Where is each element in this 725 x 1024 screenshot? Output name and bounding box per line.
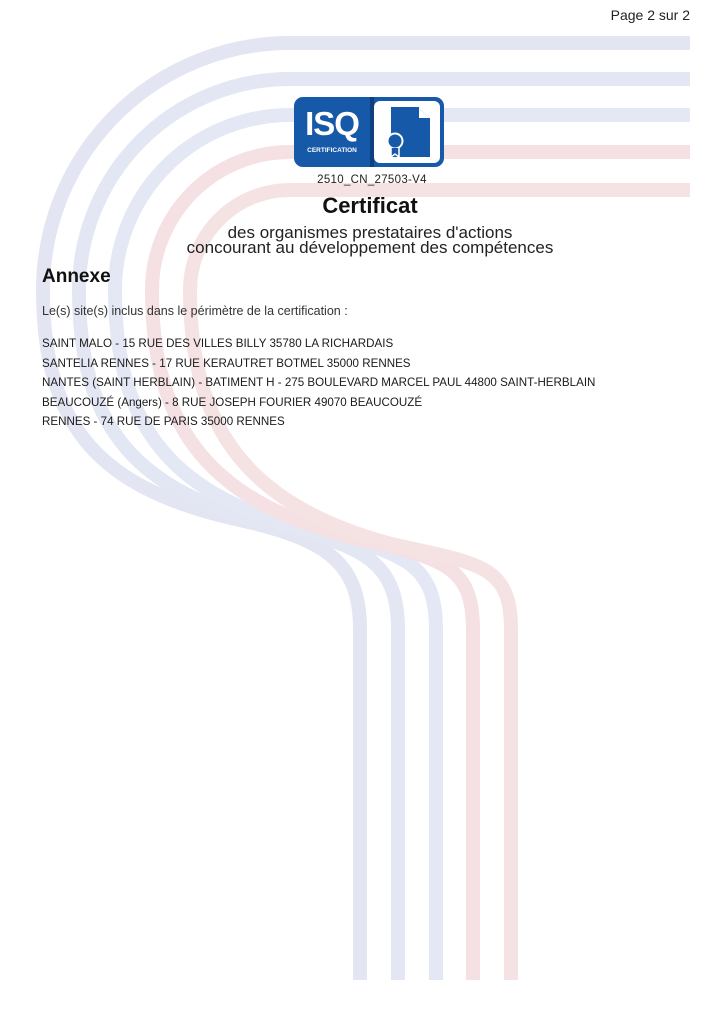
site-item: NANTES (SAINT HERBLAIN) - BATIMENT H - 2… xyxy=(42,373,595,393)
svg-text:CERTIFICATION: CERTIFICATION xyxy=(307,147,357,154)
site-item: SAINT MALO - 15 RUE DES VILLES BILLY 357… xyxy=(42,334,595,354)
site-item: SANTELIA RENNES - 17 RUE KERAUTRET BOTME… xyxy=(42,354,595,374)
page-number: Page 2 sur 2 xyxy=(611,7,690,23)
certificate-title: Certificat xyxy=(0,193,725,219)
isq-certification-logo: ISQ CERTIFICATION xyxy=(294,97,444,167)
certificate-document-icon xyxy=(387,107,431,157)
annexe-heading: Annexe xyxy=(42,266,111,288)
certificate-code: 2510_CN_27503-V4 xyxy=(0,174,725,186)
site-item: BEAUCOUZÉ (Angers) - 8 RUE JOSEPH FOURIE… xyxy=(42,393,595,413)
subtitle-line-2: concourant au développement des compéten… xyxy=(0,240,725,255)
certificate-subtitle: des organismes prestataires d'actions co… xyxy=(0,225,725,255)
site-item: RENNES - 74 RUE DE PARIS 35000 RENNES xyxy=(42,412,595,432)
sites-intro: Le(s) site(s) inclus dans le périmètre d… xyxy=(42,304,348,318)
sites-list: SAINT MALO - 15 RUE DES VILLES BILLY 357… xyxy=(42,334,595,432)
svg-text:ISQ: ISQ xyxy=(305,105,359,142)
